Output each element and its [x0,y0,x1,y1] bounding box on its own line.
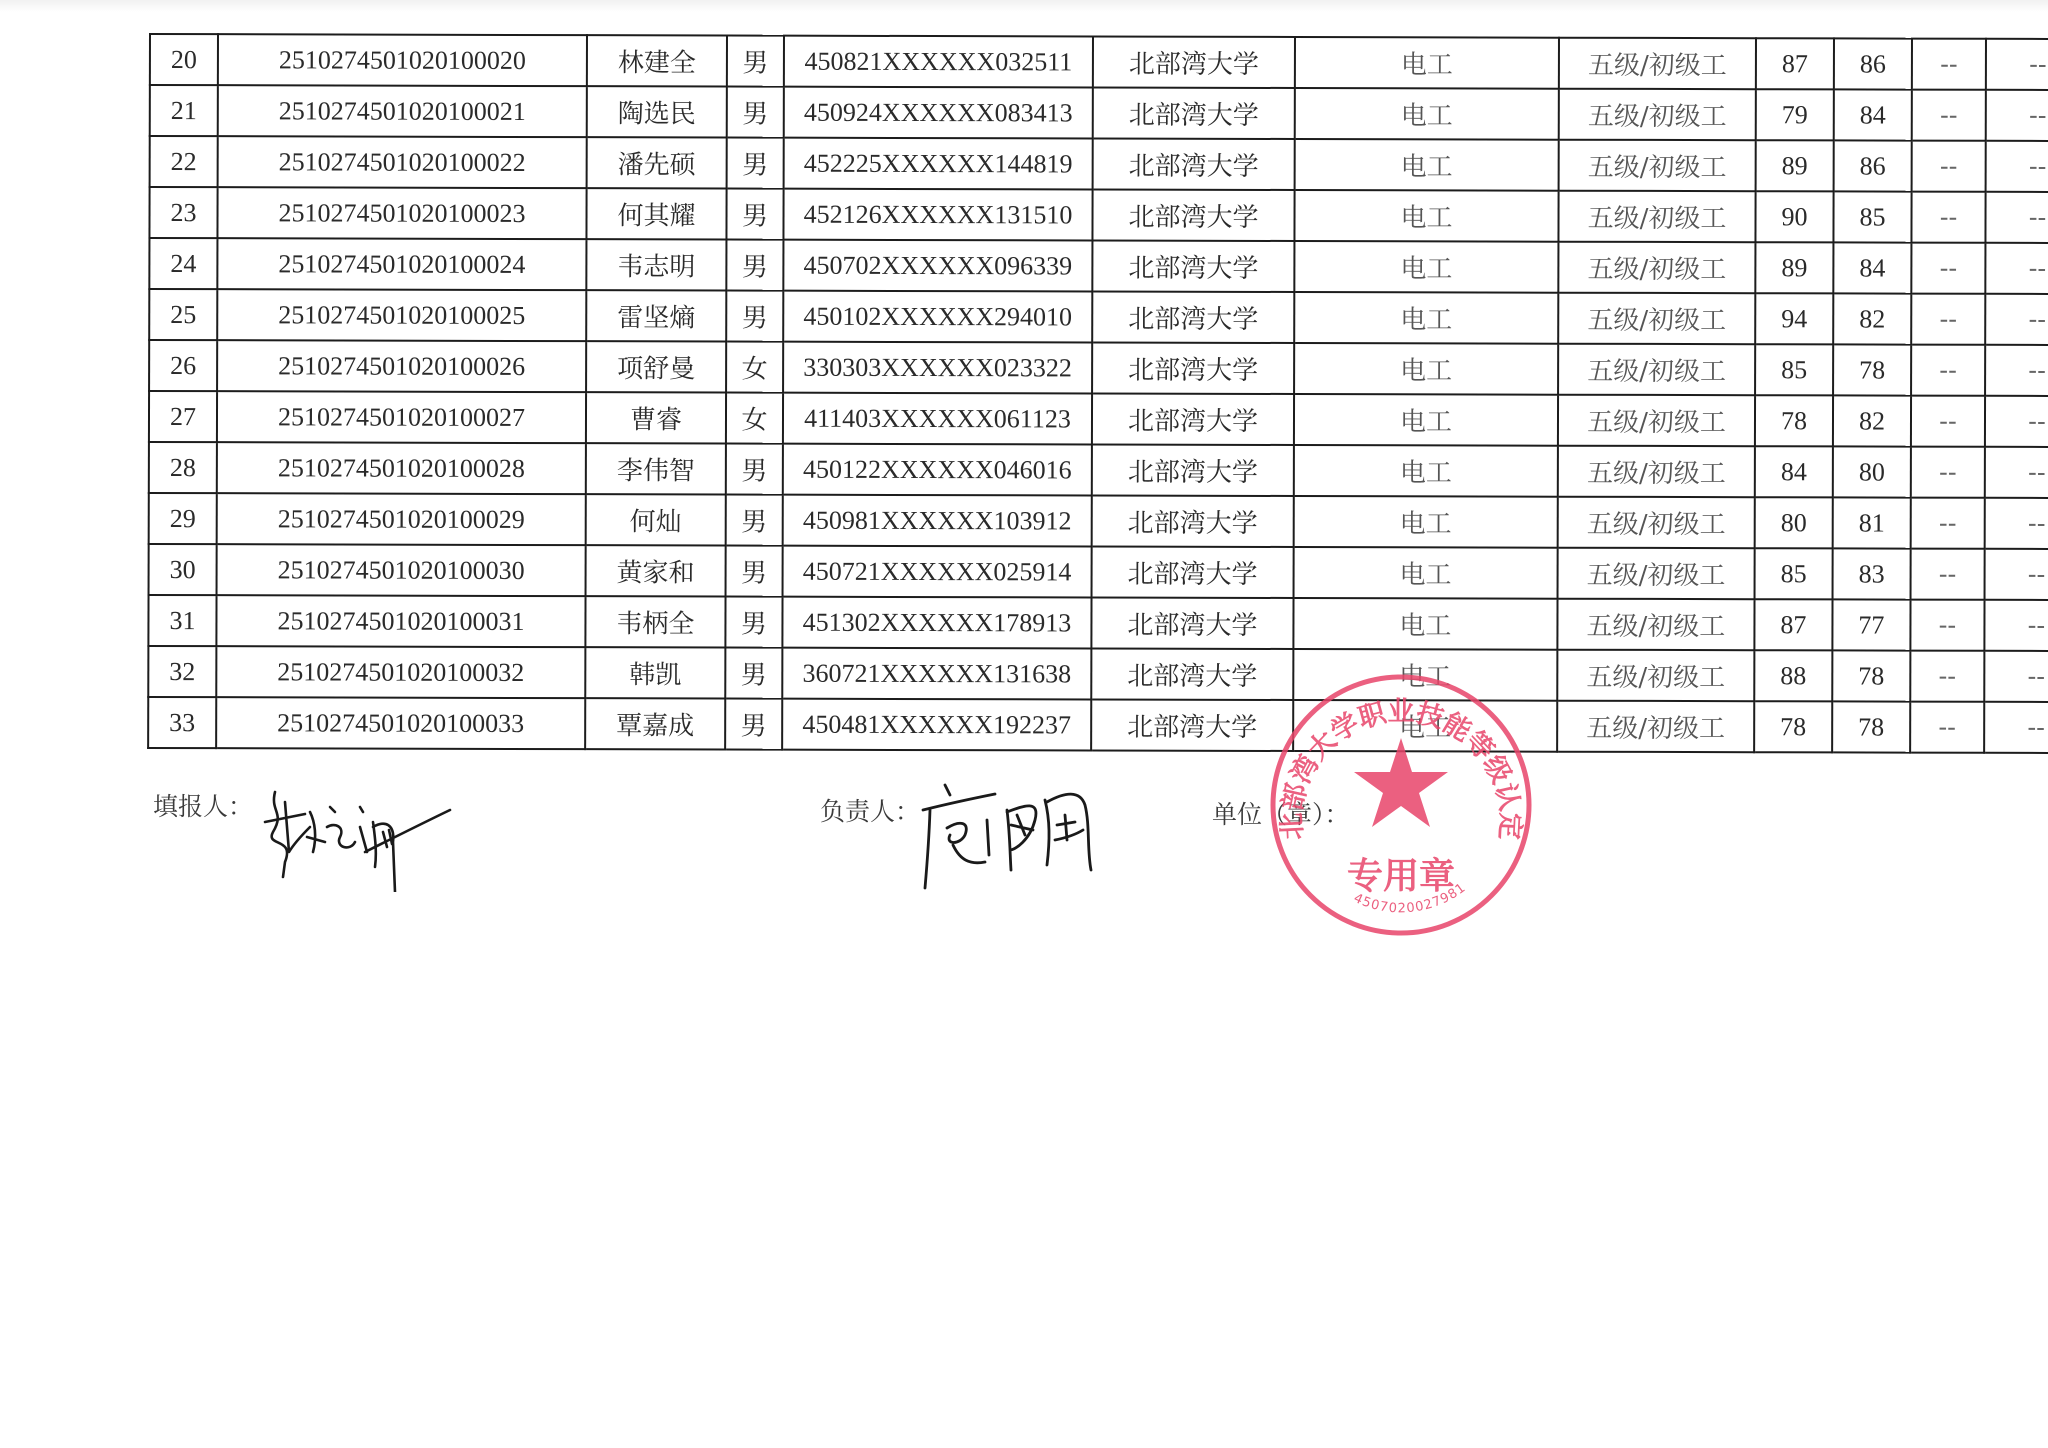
cell-level: 五级/初级工 [1559,140,1756,192]
cell-score-3: -- [1912,90,1986,141]
cell-score-practical: 86 [1834,140,1912,191]
cell-id-number: 450821XXXXXX032511 [784,36,1093,88]
cell-index: 29 [149,493,217,544]
cell-score-practical: 85 [1833,191,1911,242]
cell-sex: 男 [725,648,782,699]
table-row: 21 2510274501020100021 陶选民 男 450924XXXXX… [150,85,2048,141]
cell-trade: 电工 [1294,343,1558,395]
table-row: 23 2510274501020100023 何其耀 男 452126XXXXX… [149,187,2048,243]
cell-score-practical: 84 [1834,89,1912,140]
cell-score-3: -- [1910,651,1984,702]
cell-trade: 电工 [1294,547,1558,599]
cell-score-4: -- [1986,39,2048,90]
table-row: 22 2510274501020100022 潘先硕 男 452225XXXXX… [150,136,2048,192]
cell-sex: 男 [726,495,783,546]
cell-level: 五级/初级工 [1558,446,1755,498]
cell-sex: 男 [726,291,783,342]
roster-table: 20 2510274501020100020 林建全 男 450821XXXXX… [147,33,2048,754]
cell-index: 31 [148,595,216,646]
cell-index: 32 [148,646,216,697]
cell-index: 28 [149,442,217,493]
cell-score-4: -- [1984,651,2048,702]
cell-score-3: -- [1911,498,1985,549]
cell-index: 33 [148,697,216,748]
cell-ticket-number: 2510274501020100030 [217,544,586,596]
cell-score-theory: 85 [1755,344,1833,395]
cell-sex: 男 [727,138,784,189]
cell-level: 五级/初级工 [1558,344,1755,396]
cell-score-4: -- [1986,90,2048,141]
cell-trade: 电工 [1295,88,1559,140]
cell-name: 雷坚熵 [586,290,726,341]
cell-score-theory: 89 [1756,140,1834,191]
stamp-star-icon [1354,738,1448,827]
cell-level: 五级/初级工 [1558,497,1755,549]
cell-name: 黄家和 [586,545,726,596]
cell-ticket-number: 2510274501020100029 [217,493,586,545]
cell-index: 23 [149,187,217,238]
cell-index: 27 [149,391,217,442]
cell-score-3: -- [1911,345,1985,396]
cell-sex: 女 [726,393,783,444]
table-row: 20 2510274501020100020 林建全 男 450821XXXXX… [150,34,2048,90]
cell-score-3: -- [1911,447,1985,498]
cell-score-theory: 88 [1754,650,1832,701]
cell-score-theory: 80 [1755,497,1833,548]
cell-score-4: -- [1985,345,2048,396]
cell-name: 陶选民 [587,86,727,137]
cell-level: 五级/初级工 [1558,293,1755,345]
cell-score-3: -- [1912,141,1986,192]
cell-level: 五级/初级工 [1558,191,1755,243]
official-seal-stamp: 北部湾大学职业技能等级认定 专用章 4507020027981 [1266,670,1536,940]
cell-school: 北部湾大学 [1092,342,1294,394]
cell-sex: 男 [726,240,783,291]
cell-name: 何灿 [586,494,726,545]
cell-id-number: 450924XXXXXX083413 [784,87,1093,139]
cell-score-4: -- [1984,702,2048,753]
cell-score-practical: 81 [1833,497,1911,548]
cell-score-theory: 78 [1755,395,1833,446]
cell-ticket-number: 2510274501020100020 [218,34,587,86]
cell-score-4: -- [1985,498,2048,549]
stamp-center-text: 专用章 [1347,855,1455,897]
cell-ticket-number: 2510274501020100022 [218,136,587,188]
cell-id-number: 450702XXXXXX096339 [783,240,1092,292]
table-row: 32 2510274501020100032 韩凯 男 360721XXXXXX… [148,646,2048,702]
cell-index: 22 [150,136,218,187]
cell-name: 潘先硕 [587,137,727,188]
cell-name: 韦柄全 [585,596,725,647]
cell-level: 五级/初级工 [1557,650,1754,702]
cell-ticket-number: 2510274501020100028 [217,442,586,494]
cell-name: 何其耀 [586,188,726,239]
cell-index: 30 [149,544,217,595]
table-row: 30 2510274501020100030 黄家和 男 450721XXXXX… [149,544,2048,600]
cell-trade: 电工 [1294,445,1558,497]
cell-level: 五级/初级工 [1558,395,1755,447]
cell-ticket-number: 2510274501020100027 [217,391,586,443]
cell-trade: 电工 [1294,394,1558,446]
cell-school: 北部湾大学 [1092,495,1294,547]
cell-name: 韦志明 [586,239,726,290]
cell-score-3: -- [1912,39,1986,90]
cell-score-3: -- [1911,243,1985,294]
cell-score-4: -- [1985,294,2048,345]
cell-trade: 电工 [1294,190,1558,242]
scan-top-edge [0,0,2048,12]
cell-score-3: -- [1911,396,1985,447]
cell-id-number: 452126XXXXXX131510 [783,189,1092,241]
responsible-signature [915,780,1125,890]
cell-score-4: -- [1985,447,2048,498]
cell-score-practical: 80 [1833,446,1911,497]
cell-ticket-number: 2510274501020100023 [217,187,586,239]
cell-id-number: 450122XXXXXX046016 [783,444,1092,496]
cell-sex: 男 [727,36,784,87]
cell-sex: 男 [726,444,783,495]
cell-level: 五级/初级工 [1557,599,1754,651]
cell-sex: 男 [726,189,783,240]
cell-score-practical: 84 [1833,242,1911,293]
cell-score-4: -- [1985,396,2048,447]
cell-score-practical: 78 [1832,701,1910,752]
cell-trade: 电工 [1293,598,1557,650]
cell-score-theory: 79 [1756,89,1834,140]
cell-sex: 男 [727,87,784,138]
cell-id-number: 451302XXXXXX178913 [782,597,1091,649]
cell-id-number: 450102XXXXXX294010 [783,291,1092,343]
cell-score-3: -- [1911,294,1985,345]
cell-level: 五级/初级工 [1557,701,1754,753]
cell-score-3: -- [1910,600,1984,651]
cell-id-number: 450981XXXXXX103912 [783,495,1092,547]
cell-school: 北部湾大学 [1092,393,1294,445]
cell-score-practical: 83 [1833,548,1911,599]
cell-score-theory: 94 [1755,293,1833,344]
filler-label: 填报人： [153,787,253,823]
cell-score-theory: 87 [1756,38,1834,89]
cell-school: 北部湾大学 [1091,648,1293,700]
filler-signature [255,782,455,892]
cell-school: 北部湾大学 [1092,240,1294,292]
cell-name: 曹睿 [586,392,726,443]
cell-index: 24 [149,238,217,289]
cell-score-theory: 84 [1755,446,1833,497]
cell-score-4: -- [1985,243,2048,294]
table-row: 33 2510274501020100033 覃嘉成 男 450481XXXXX… [148,697,2048,753]
cell-score-4: -- [1986,141,2048,192]
cell-score-theory: 85 [1755,548,1833,599]
cell-score-practical: 82 [1833,395,1911,446]
cell-score-4: -- [1985,192,2048,243]
cell-score-practical: 82 [1833,293,1911,344]
cell-school: 北部湾大学 [1092,291,1294,343]
cell-score-practical: 77 [1832,599,1910,650]
cell-id-number: 450721XXXXXX025914 [783,546,1092,598]
cell-ticket-number: 2510274501020100021 [218,85,587,137]
table-row: 24 2510274501020100024 韦志明 男 450702XXXXX… [149,238,2048,294]
cell-school: 北部湾大学 [1092,444,1294,496]
cell-trade: 电工 [1294,292,1558,344]
cell-id-number: 330303XXXXXX023322 [783,342,1092,394]
cell-score-3: -- [1910,702,1984,753]
cell-score-theory: 89 [1755,242,1833,293]
cell-level: 五级/初级工 [1558,242,1755,294]
table-row: 26 2510274501020100026 项舒曼 女 330303XXXXX… [149,340,2048,396]
cell-level: 五级/初级工 [1558,548,1755,600]
cell-score-4: -- [1984,600,2048,651]
table-row: 25 2510274501020100025 雷坚熵 男 450102XXXXX… [149,289,2048,345]
cell-name: 李伟智 [586,443,726,494]
table-row: 28 2510274501020100028 李伟智 男 450122XXXXX… [149,442,2048,498]
cell-ticket-number: 2510274501020100025 [217,289,586,341]
cell-score-theory: 78 [1754,701,1832,752]
cell-id-number: 360721XXXXXX131638 [782,648,1091,700]
table-row: 31 2510274501020100031 韦柄全 男 451302XXXXX… [148,595,2048,651]
table-row: 27 2510274501020100027 曹睿 女 411403XXXXXX… [149,391,2048,447]
cell-index: 25 [149,289,217,340]
cell-ticket-number: 2510274501020100033 [216,697,585,749]
cell-school: 北部湾大学 [1093,87,1295,139]
cell-level: 五级/初级工 [1559,89,1756,141]
cell-score-3: -- [1911,192,1985,243]
cell-score-4: -- [1985,549,2048,600]
cell-ticket-number: 2510274501020100024 [217,238,586,290]
cell-school: 北部湾大学 [1091,699,1293,751]
cell-name: 林建全 [587,35,727,86]
cell-trade: 电工 [1294,496,1558,548]
cell-ticket-number: 2510274501020100031 [216,595,585,647]
cell-school: 北部湾大学 [1093,36,1295,88]
cell-sex: 男 [725,597,782,648]
cell-index: 21 [150,85,218,136]
roster-body: 20 2510274501020100020 林建全 男 450821XXXXX… [148,34,2048,753]
cell-index: 26 [149,340,217,391]
cell-score-3: -- [1911,549,1985,600]
cell-name: 覃嘉成 [585,698,725,749]
table-row: 29 2510274501020100029 何灿 男 450981XXXXXX… [149,493,2048,549]
cell-ticket-number: 2510274501020100026 [217,340,586,392]
cell-school: 北部湾大学 [1093,138,1295,190]
cell-id-number: 411403XXXXXX061123 [783,393,1092,445]
cell-trade: 电工 [1294,241,1558,293]
cell-score-practical: 86 [1834,38,1912,89]
cell-index: 20 [150,34,218,85]
cell-school: 北部湾大学 [1091,597,1293,649]
cell-sex: 男 [726,546,783,597]
cell-score-theory: 87 [1754,599,1832,650]
cell-id-number: 450481XXXXXX192237 [782,699,1091,751]
cell-score-practical: 78 [1833,344,1911,395]
responsible-label: 负责人： [820,792,920,828]
cell-name: 韩凯 [585,647,725,698]
cell-id-number: 452225XXXXXX144819 [784,138,1093,190]
cell-school: 北部湾大学 [1092,546,1294,598]
cell-sex: 女 [726,342,783,393]
cell-trade: 电工 [1295,139,1559,191]
cell-level: 五级/初级工 [1559,38,1756,90]
cell-score-practical: 78 [1832,650,1910,701]
cell-name: 项舒曼 [586,341,726,392]
cell-score-theory: 90 [1755,191,1833,242]
cell-ticket-number: 2510274501020100032 [216,646,585,698]
cell-sex: 男 [725,699,782,750]
cell-trade: 电工 [1295,37,1559,89]
cell-school: 北部湾大学 [1092,189,1294,241]
